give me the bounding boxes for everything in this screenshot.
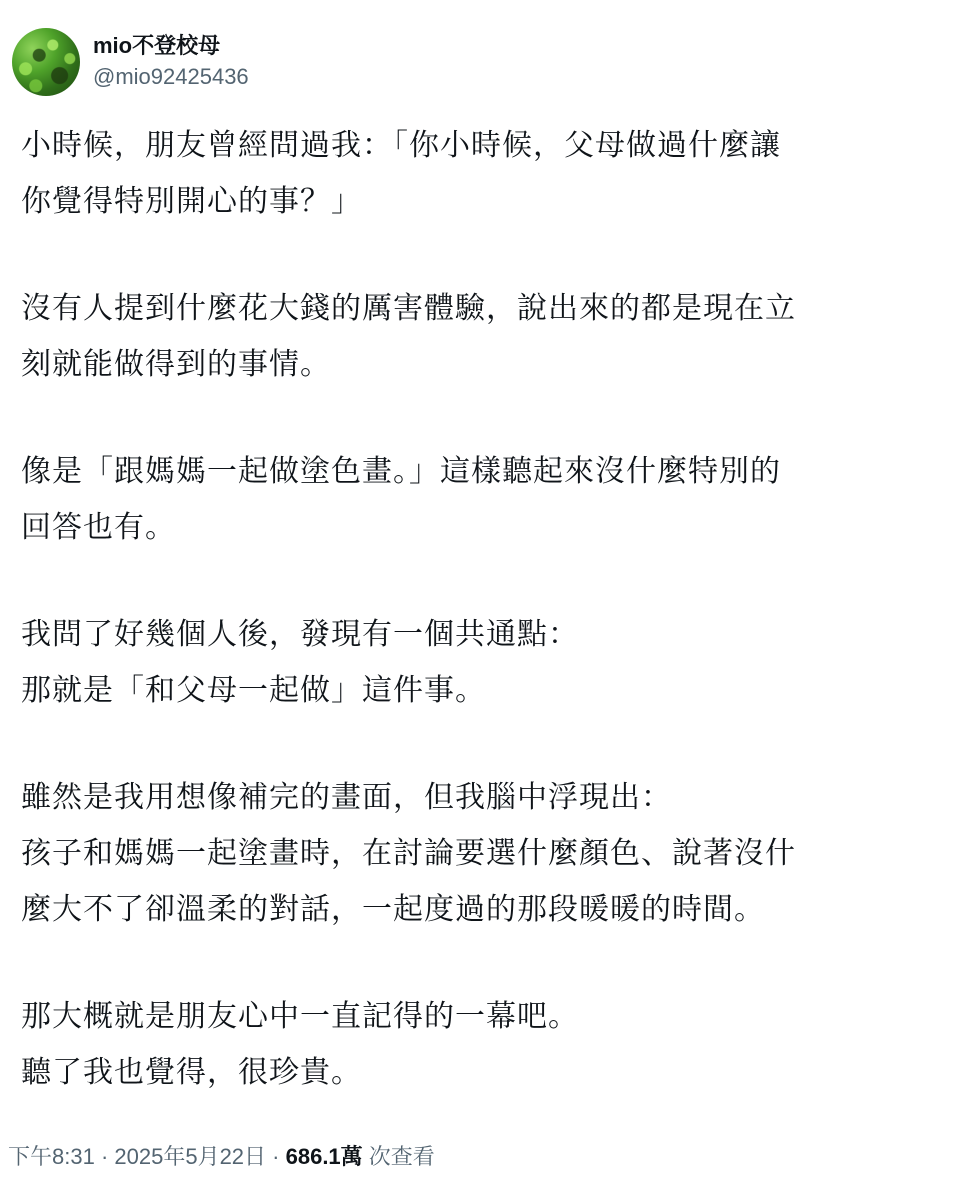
paragraph-6: 那大概就是朋友心中一直記得的一幕吧。 聽了我也覺得，很珍貴。: [21, 989, 941, 1101]
text-line: 那大概就是朋友心中一直記得的一幕吧。: [21, 989, 941, 1045]
author-display-name[interactable]: mio不登校母: [93, 32, 249, 60]
post-time[interactable]: 下午8:31: [8, 1144, 95, 1169]
paragraph-1: 小時候，朋友曾經問過我：「你小時候，父母做過什麼讓 你覺得特別開心的事？」: [21, 118, 941, 230]
paragraph-5: 雖然是我用想像補完的畫面，但我腦中浮現出： 孩子和媽媽一起塗畫時，在討論要選什麼…: [21, 770, 941, 938]
text-line: 聽了我也覺得，很珍貴。: [21, 1045, 941, 1101]
text-line: 你覺得特別開心的事？」: [21, 174, 941, 230]
separator: ·: [95, 1144, 115, 1169]
views-count: 686.1萬: [286, 1144, 363, 1169]
paragraph-2: 沒有人提到什麼花大錢的厲害體驗，說出來的都是現在立 刻就能做得到的事情。: [21, 281, 941, 393]
separator: ·: [266, 1144, 286, 1169]
text-line: 我問了好幾個人後，發現有一個共通點：: [21, 607, 941, 663]
text-line: 沒有人提到什麼花大錢的厲害體驗，說出來的都是現在立: [21, 281, 941, 337]
text-line: 刻就能做得到的事情。: [21, 337, 941, 393]
text-line: 雖然是我用想像補完的畫面，但我腦中浮現出：: [21, 770, 941, 826]
post-meta: 下午8:31 · 2025年5月22日 · 686.1萬 次查看: [8, 1142, 435, 1172]
text-line: 像是「跟媽媽一起做塗色畫。」這樣聽起來沒什麼特別的: [21, 444, 941, 500]
author-names: mio不登校母 @mio92425436: [93, 32, 249, 92]
text-line: 回答也有。: [21, 500, 941, 556]
avatar[interactable]: [12, 28, 80, 96]
views-label: 次查看: [363, 1144, 435, 1169]
paragraph-3: 像是「跟媽媽一起做塗色畫。」這樣聽起來沒什麼特別的 回答也有。: [21, 444, 941, 556]
text-line: 麼大不了卻溫柔的對話，一起度過的那段暖暖的時間。: [21, 882, 941, 938]
post-date[interactable]: 2025年5月22日: [114, 1144, 266, 1169]
author-handle[interactable]: @mio92425436: [93, 62, 249, 92]
text-line: 那就是「和父母一起做」這件事。: [21, 663, 941, 719]
post-body: 小時候，朋友曾經問過我：「你小時候，父母做過什麼讓 你覺得特別開心的事？」 沒有…: [21, 118, 941, 1152]
text-line: 小時候，朋友曾經問過我：「你小時候，父母做過什麼讓: [21, 118, 941, 174]
text-line: 孩子和媽媽一起塗畫時，在討論要選什麼顏色、說著沒什: [21, 826, 941, 882]
post-header: mio不登校母 @mio92425436: [12, 28, 249, 96]
paragraph-4: 我問了好幾個人後，發現有一個共通點： 那就是「和父母一起做」這件事。: [21, 607, 941, 719]
